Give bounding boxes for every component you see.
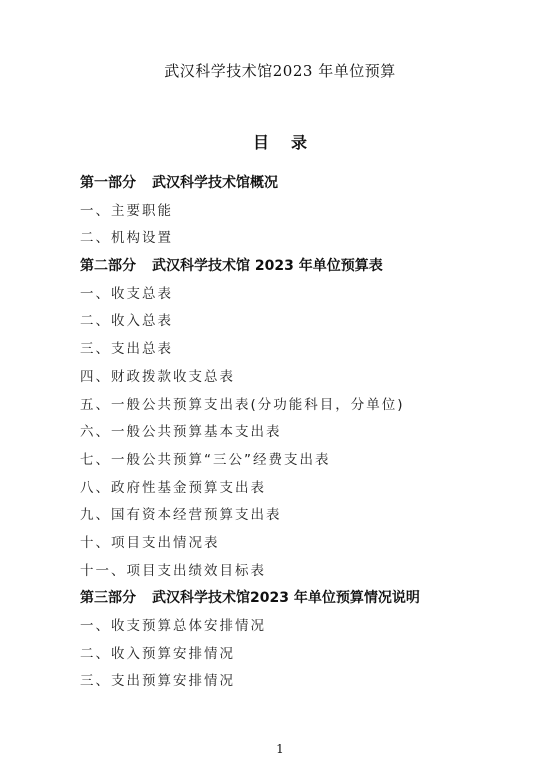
toc-item[interactable]: 九、国有资本经营预算支出表	[80, 502, 500, 530]
toc-heading-char-2: 录	[291, 130, 307, 153]
toc-item[interactable]: 五、一般公共预算支出表(分功能科目，分单位)	[80, 392, 500, 420]
toc-item[interactable]: 一、收支预算总体安排情况	[80, 613, 500, 641]
toc-item[interactable]: 三、支出总表	[80, 336, 500, 364]
part-label: 第三部分	[80, 585, 136, 613]
toc-item[interactable]: 二、收入预算安排情况	[80, 641, 500, 669]
toc-item[interactable]: 六、一般公共预算基本支出表	[80, 419, 500, 447]
part-text: 武汉科学技术馆 2023 年单位预算表	[152, 258, 383, 274]
document-title: 武汉科学技术馆2023 年单位预算	[0, 60, 560, 81]
toc-heading-char-1: 目	[253, 130, 269, 153]
toc-item[interactable]: 四、财政拨款收支总表	[80, 364, 500, 392]
toc-item[interactable]: 八、政府性基金预算支出表	[80, 475, 500, 503]
page-number: 1	[0, 742, 560, 756]
toc-item[interactable]: 七、一般公共预算“三公”经费支出表	[80, 447, 500, 475]
toc-heading: 目录	[0, 130, 560, 153]
toc-part-2[interactable]: 第二部分武汉科学技术馆 2023 年单位预算表	[80, 253, 500, 281]
part-label: 第一部分	[80, 170, 136, 198]
toc-part-3[interactable]: 第三部分武汉科学技术馆2023 年单位预算情况说明	[80, 585, 500, 613]
toc-part-1[interactable]: 第一部分武汉科学技术馆概况	[80, 170, 500, 198]
toc-item[interactable]: 一、收支总表	[80, 281, 500, 309]
part-text: 武汉科学技术馆概况	[152, 175, 278, 191]
part-text: 武汉科学技术馆2023 年单位预算情况说明	[152, 590, 420, 606]
toc-item[interactable]: 三、支出预算安排情况	[80, 668, 500, 696]
part-label: 第二部分	[80, 253, 136, 281]
toc-item[interactable]: 十一、项目支出绩效目标表	[80, 558, 500, 586]
toc-item[interactable]: 一、主要职能	[80, 198, 500, 226]
table-of-contents: 第一部分武汉科学技术馆概况 一、主要职能 二、机构设置 第二部分武汉科学技术馆 …	[80, 170, 500, 696]
toc-item[interactable]: 二、收入总表	[80, 308, 500, 336]
toc-item[interactable]: 二、机构设置	[80, 225, 500, 253]
toc-item[interactable]: 十、项目支出情况表	[80, 530, 500, 558]
